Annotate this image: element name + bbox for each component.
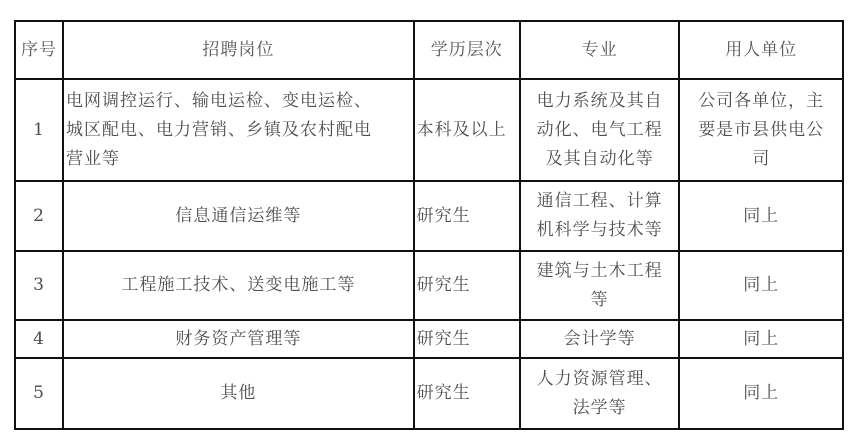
recruitment-table: 序号 招聘岗位 学历层次 专业 用人单位 1 电网调控运行、输电运检、变电运检、…	[14, 20, 844, 430]
cell-position: 工程施工技术、送变电施工等	[63, 251, 414, 320]
cell-major: 通信工程、计算 机科学与技术等	[520, 181, 679, 251]
header-education: 学历层次	[414, 21, 520, 79]
cell-serial: 2	[15, 181, 63, 251]
header-unit: 用人单位	[679, 21, 843, 79]
cell-unit: 同上	[679, 320, 843, 358]
cell-education: 研究生	[414, 181, 520, 251]
cell-serial: 3	[15, 251, 63, 320]
table-header-row: 序号 招聘岗位 学历层次 专业 用人单位	[15, 21, 843, 79]
cell-serial: 5	[15, 358, 63, 429]
cell-major: 会计学等	[520, 320, 679, 358]
cell-major: 电力系统及其自 动化、电气工程 及其自动化等	[520, 79, 679, 181]
cell-major: 建筑与土木工程 等	[520, 251, 679, 320]
text-line: 电力系统及其自	[523, 87, 676, 116]
text-line: 机科学与技术等	[523, 216, 676, 245]
text-line: 动化、电气工程	[523, 116, 676, 145]
text-line: 要是市县供电公	[682, 116, 840, 145]
cell-education: 研究生	[414, 251, 520, 320]
table-row: 1 电网调控运行、输电运检、变电运检、 城区配电、电力营销、乡镇及农村配电 营业…	[15, 79, 843, 181]
table-row: 5 其他 研究生 人力资源管理、 法学等 同上	[15, 358, 843, 429]
text-line: 及其自动化等	[523, 145, 676, 174]
cell-unit: 同上	[679, 358, 843, 429]
cell-unit: 公司各单位，主 要是市县供电公 司	[679, 79, 843, 181]
text-line: 人力资源管理、	[523, 365, 676, 394]
header-position: 招聘岗位	[63, 21, 414, 79]
text-line: 电网调控运行、输电运检、变电运检、	[66, 87, 411, 116]
cell-serial: 1	[15, 79, 63, 181]
cell-position: 信息通信运维等	[63, 181, 414, 251]
table-row: 3 工程施工技术、送变电施工等 研究生 建筑与土木工程 等 同上	[15, 251, 843, 320]
text-line: 法学等	[523, 394, 676, 423]
text-line: 通信工程、计算	[523, 187, 676, 216]
text-line: 司	[682, 145, 840, 174]
cell-position: 财务资产管理等	[63, 320, 414, 358]
cell-unit: 同上	[679, 251, 843, 320]
cell-major: 人力资源管理、 法学等	[520, 358, 679, 429]
text-line: 等	[523, 286, 676, 315]
table-row: 4 财务资产管理等 研究生 会计学等 同上	[15, 320, 843, 358]
table-row: 2 信息通信运维等 研究生 通信工程、计算 机科学与技术等 同上	[15, 181, 843, 251]
cell-education: 研究生	[414, 358, 520, 429]
cell-unit: 同上	[679, 181, 843, 251]
cell-position: 其他	[63, 358, 414, 429]
text-line: 营业等	[66, 145, 411, 174]
text-line: 城区配电、电力营销、乡镇及农村配电	[66, 116, 411, 145]
header-major: 专业	[520, 21, 679, 79]
text-line: 公司各单位，主	[682, 87, 840, 116]
text-line: 建筑与土木工程	[523, 257, 676, 286]
cell-serial: 4	[15, 320, 63, 358]
cell-position: 电网调控运行、输电运检、变电运检、 城区配电、电力营销、乡镇及农村配电 营业等	[63, 79, 414, 181]
header-serial: 序号	[15, 21, 63, 79]
cell-education: 本科及以上	[414, 79, 520, 181]
cell-education: 研究生	[414, 320, 520, 358]
